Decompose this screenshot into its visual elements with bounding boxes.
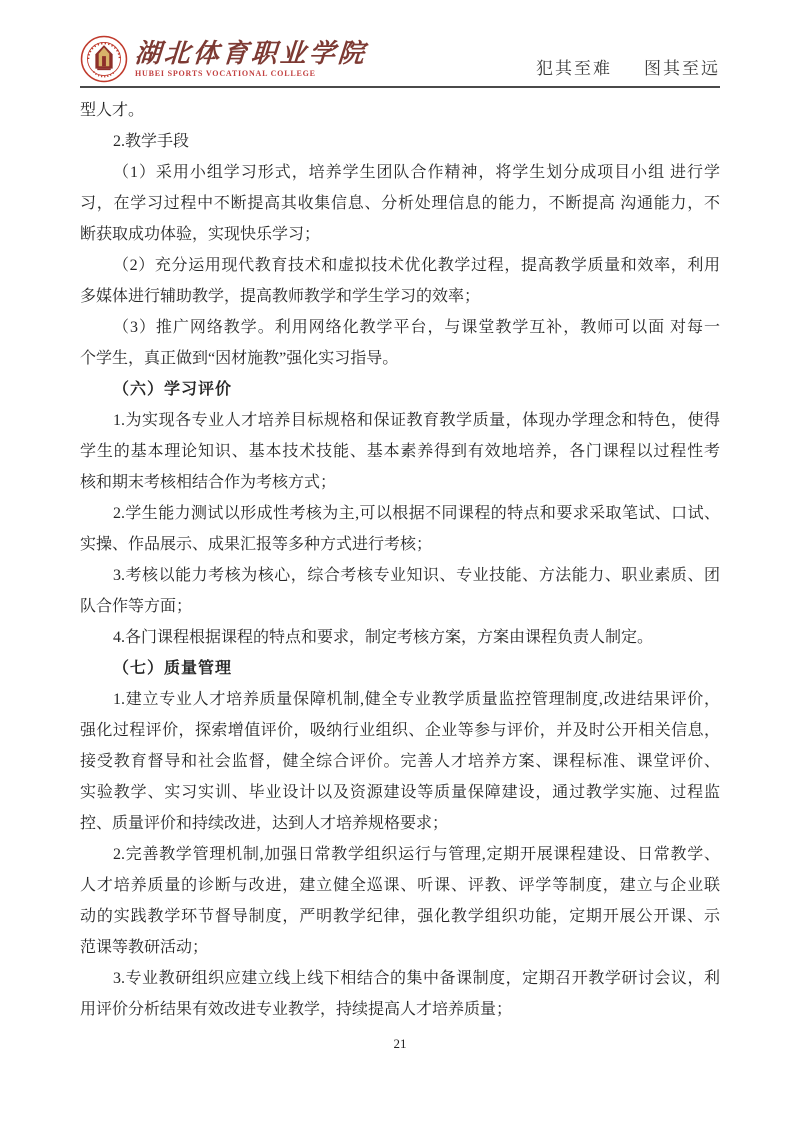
text-line: 1.为实现各专业人才培养目标规格和保证教育教学质量，体现办学理念和特色，使得 [80, 405, 720, 436]
section-heading: （六）学习评价 [80, 374, 720, 405]
text-line: 4.各门课程根据课程的特点和要求，制定考核方案，方案由课程负责人制定。 [80, 622, 720, 653]
text-line: 2.教学手段 [80, 126, 720, 157]
motto-left: 犯其至难 [536, 59, 612, 78]
text-line: 学生的基本理论知识、基本技术技能、基本素养得到有效地培养，各门课程以过程性考 [80, 436, 720, 467]
text-line: 2.完善教学管理机制,加强日常教学组织运行与管理,定期开展课程建设、日常教学、 [80, 839, 720, 870]
text-line: （2）充分运用现代教育技术和虚拟技术优化教学过程，提高教学质量和效率，利用 [80, 250, 720, 281]
page-header: 湖北体育职业学院 HUBEI SPORTS VOCATIONAL COLLEGE… [80, 33, 720, 88]
document-body: 型人才。2.教学手段（1）采用小组学习形式，培养学生团队合作精神，将学生划分成项… [80, 95, 720, 1025]
text-line: 用评价分析结果有效改进专业教学，持续提高人才培养质量； [80, 994, 720, 1025]
text-line: 控、质量评价和持续改进，达到人才培养规格要求； [80, 808, 720, 839]
college-name-calligraphy: 湖北体育职业学院 [134, 40, 368, 67]
text-line: 实操、作品展示、成果汇报等多种方式进行考核； [80, 529, 720, 560]
text-line: 断获取成功体验，实现快乐学习； [80, 219, 720, 250]
text-line: 习，在学习过程中不断提高其收集信息、分析处理信息的能力，不断提高 沟通能力，不 [80, 188, 720, 219]
page-footer: 21 [0, 1036, 800, 1052]
document-page: 湖北体育职业学院 HUBEI SPORTS VOCATIONAL COLLEGE… [0, 0, 800, 1131]
college-name-block: 湖北体育职业学院 HUBEI SPORTS VOCATIONAL COLLEGE [135, 40, 367, 78]
text-line: 个学生，真正做到“因材施教”强化实习指导。 [80, 343, 720, 374]
college-seal-logo [80, 35, 128, 83]
college-brand: 湖北体育职业学院 HUBEI SPORTS VOCATIONAL COLLEGE [80, 35, 367, 83]
text-line: 强化过程评价，探索增值评价，吸纳行业组织、企业等参与评价，并及时公开相关信息， [80, 715, 720, 746]
college-motto: 犯其至难图其至远 [536, 54, 720, 83]
text-line: （1）采用小组学习形式，培养学生团队合作精神，将学生划分成项目小组 进行学 [80, 157, 720, 188]
text-line: 3.考核以能力考核为核心，综合考核专业知识、专业技能、方法能力、职业素质、团 [80, 560, 720, 591]
text-line: （3）推广网络教学。利用网络化教学平台，与课堂教学互补，教师可以面 对每一 [80, 312, 720, 343]
text-line: 人才培养质量的诊断与改进，建立健全巡课、听课、评教、评学等制度，建立与企业联 [80, 870, 720, 901]
text-line: 实验教学、实习实训、毕业设计以及资源建设等质量保障建设，通过教学实施、过程监 [80, 777, 720, 808]
section-heading: （七）质量管理 [80, 653, 720, 684]
text-line: 核和期末考核相结合作为考核方式； [80, 467, 720, 498]
motto-right: 图其至远 [644, 59, 720, 78]
text-line: 1.建立专业人才培养质量保障机制,健全专业教学质量监控管理制度,改进结果评价， [80, 684, 720, 715]
text-line: 型人才。 [80, 95, 720, 126]
text-line: 多媒体进行辅助教学，提高教师教学和学生学习的效率； [80, 281, 720, 312]
text-line: 队合作等方面； [80, 591, 720, 622]
college-name-english: HUBEI SPORTS VOCATIONAL COLLEGE [135, 69, 367, 78]
text-line: 接受教育督导和社会监督，健全综合评价。完善人才培养方案、课程标准、课堂评价、 [80, 746, 720, 777]
text-line: 范课等教研活动； [80, 932, 720, 963]
text-line: 3.专业教研组织应建立线上线下相结合的集中备课制度，定期召开教学研讨会议，利 [80, 963, 720, 994]
page-number: 21 [394, 1036, 407, 1051]
text-line: 动的实践教学环节督导制度，严明教学纪律，强化教学组织功能，定期开展公开课、示 [80, 901, 720, 932]
text-line: 2.学生能力测试以形成性考核为主,可以根据不同课程的特点和要求采取笔试、口试、 [80, 498, 720, 529]
